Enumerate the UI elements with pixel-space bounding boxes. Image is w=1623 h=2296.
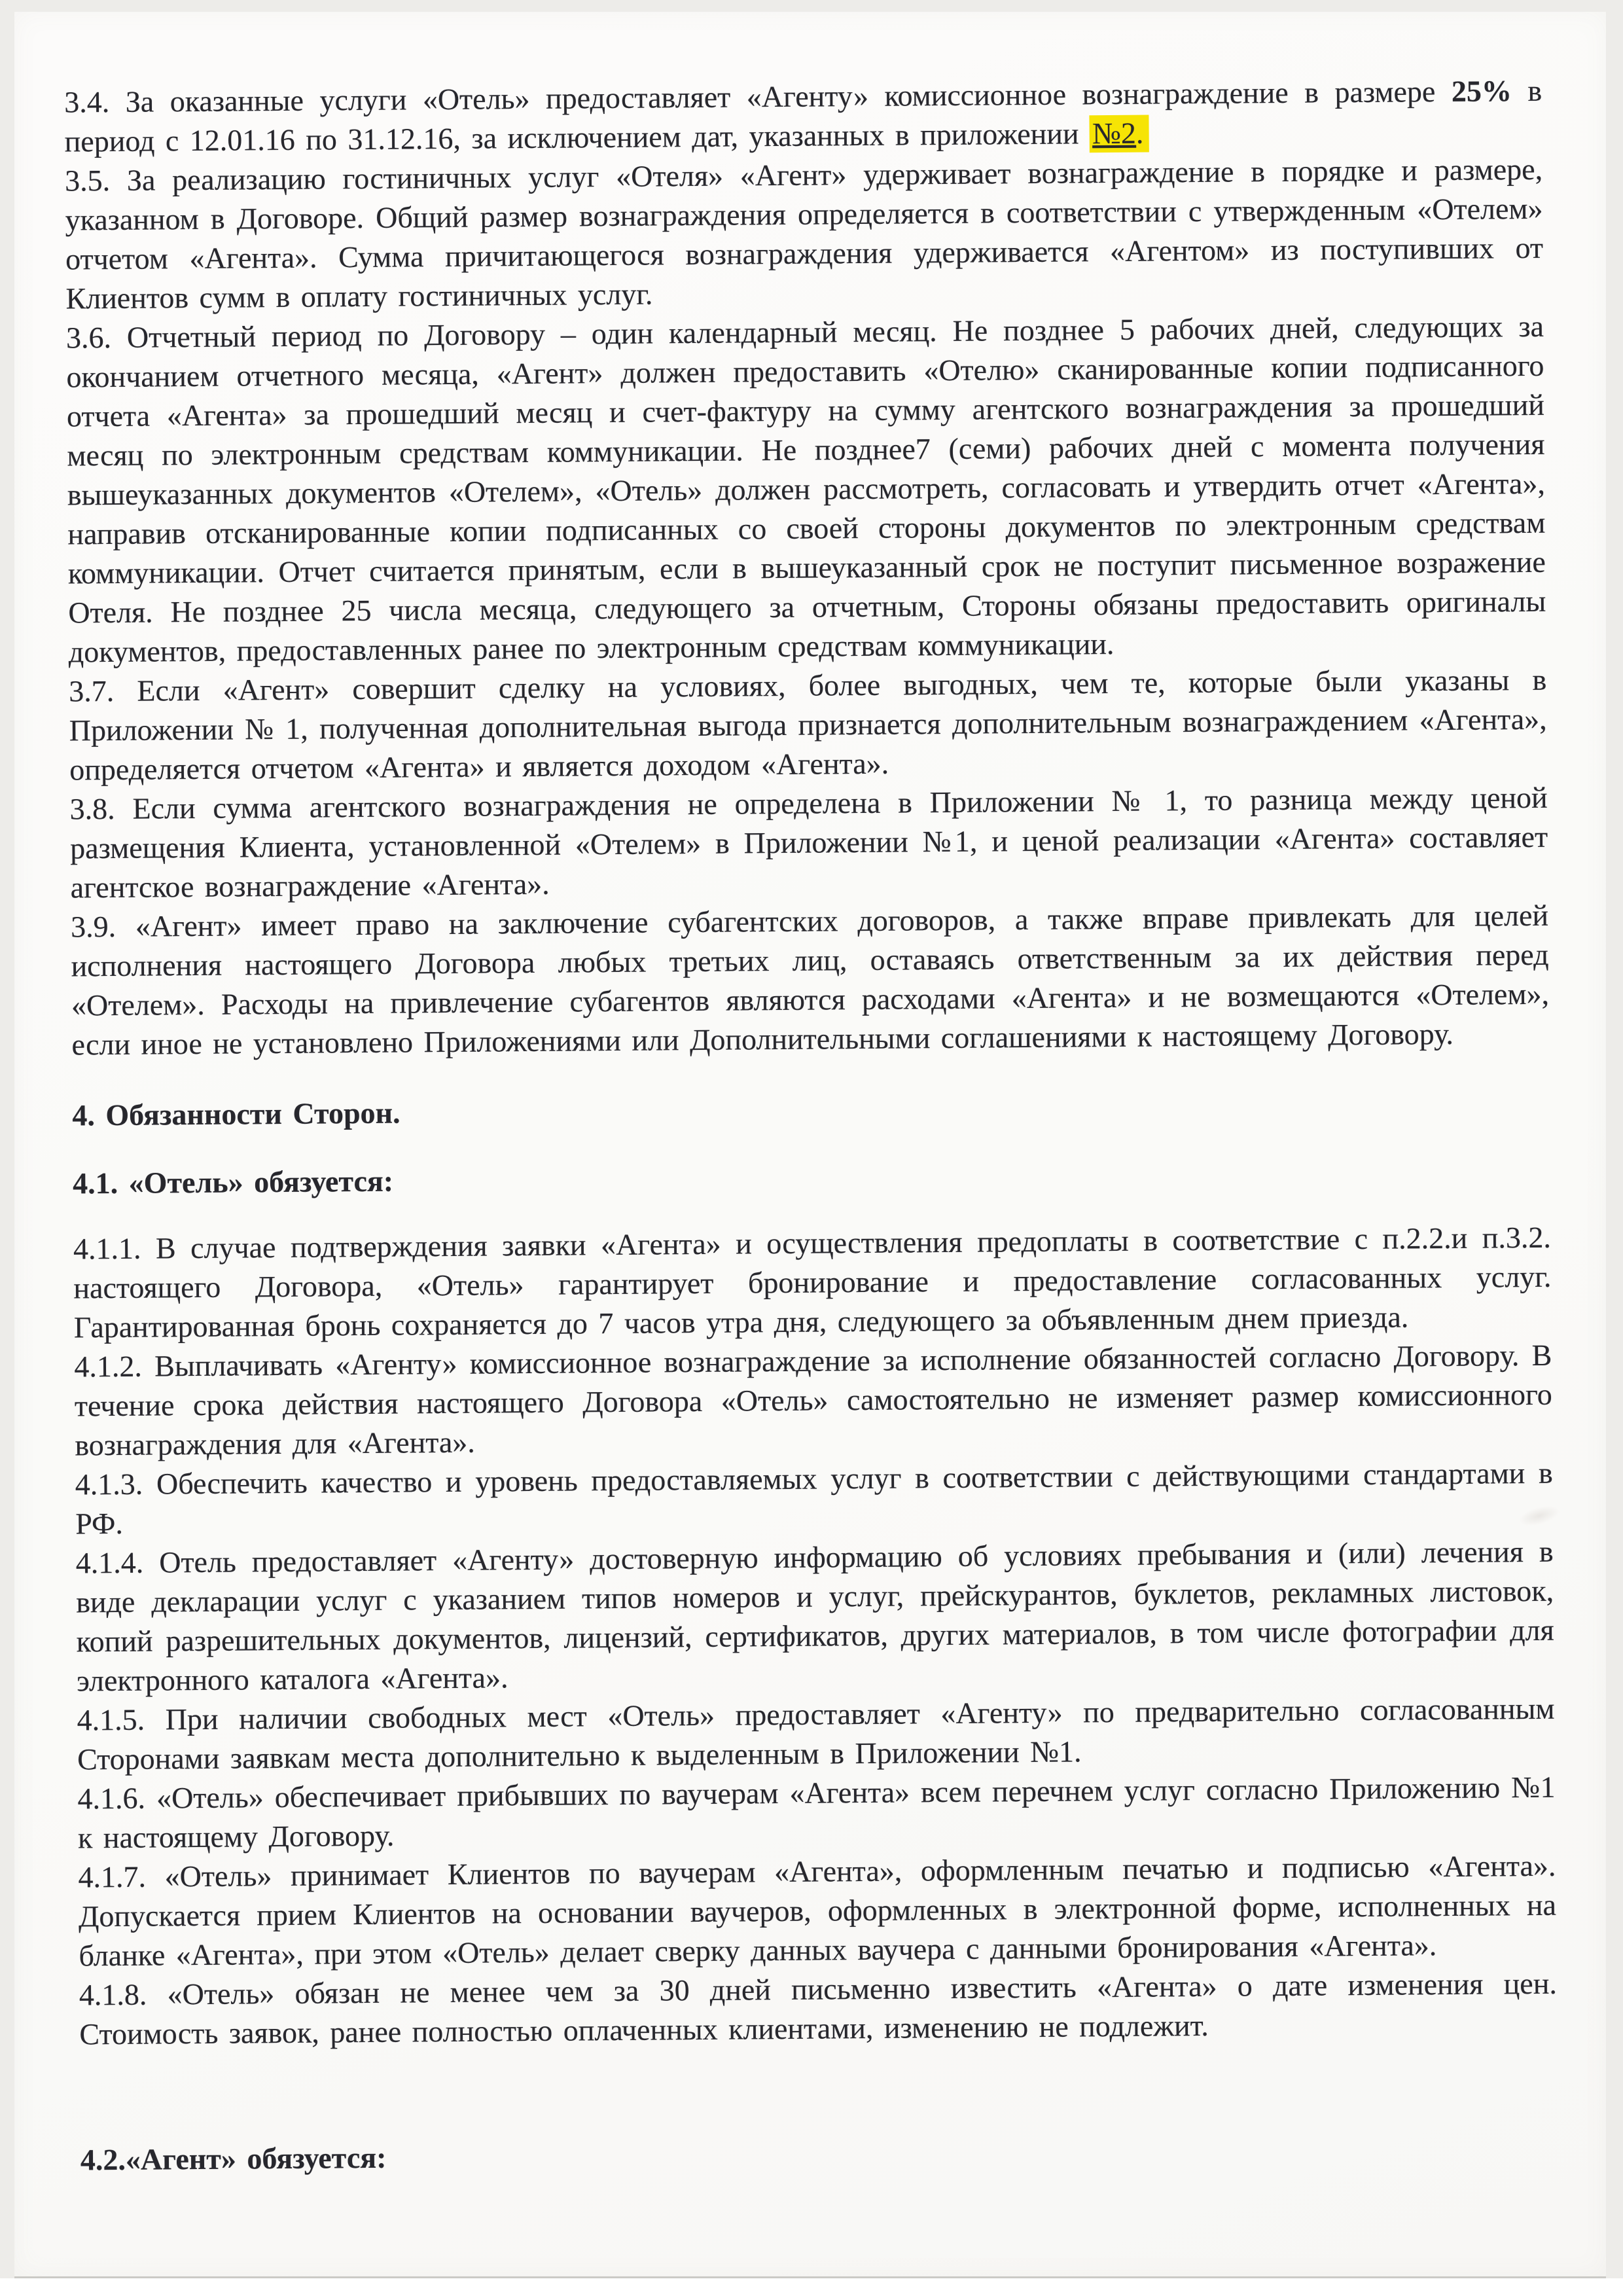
- appendix-2-highlight: №2.: [1090, 115, 1149, 153]
- clause-3-4-lead: 3.4. За оказанные услуги «Отель» предост…: [64, 75, 1452, 119]
- clause-4-1-3: 4.1.3. Обеспечить качество и уровень пре…: [75, 1454, 1554, 1544]
- clause-3-4: 3.4. За оказанные услуги «Отель» предост…: [64, 71, 1543, 162]
- clause-4-1-6: 4.1.6. «Отель» обеспечивает прибывших по…: [77, 1768, 1556, 1858]
- appendix-2-ref: №2: [1092, 117, 1136, 151]
- scan-background: 3.4. За оказанные услуги «Отель» предост…: [0, 0, 1623, 2296]
- clause-4-1-4: 4.1.4. Отель предоставляет «Агенту» дост…: [75, 1532, 1554, 1701]
- section-4-1-heading: 4.1. «Отель» обязуется:: [73, 1153, 1550, 1204]
- scan-bottom-edge: [0, 2278, 1623, 2296]
- commission-rate-value: 25%: [1452, 74, 1512, 108]
- contract-text-block: 3.4. За оказанные услуги «Отель» предост…: [64, 71, 1558, 2180]
- appendix-2-ref-period: .: [1136, 117, 1144, 150]
- clause-3-5: 3.5. За реализацию гостиничных услуг «От…: [65, 150, 1544, 319]
- clause-3-8: 3.8. Если сумма агентского вознаграждени…: [69, 778, 1548, 908]
- section-4-heading: 4. Обязанности Сторон.: [72, 1085, 1550, 1136]
- clause-4-1-1: 4.1.1. В случае подтверждения заявки «Аг…: [73, 1218, 1552, 1348]
- clause-4-1-8: 4.1.8. «Отель» обязан не менее чем за 30…: [79, 1964, 1558, 2054]
- section-4-2-heading: 4.2.«Агент» обязуется:: [80, 2129, 1558, 2180]
- clause-4-1-7: 4.1.7. «Отель» принимает Клиентов по вау…: [78, 1846, 1556, 1976]
- clause-3-9: 3.9. «Агент» имеет право на заключение с…: [71, 896, 1550, 1065]
- clause-4-1-2: 4.1.2. Выплачивать «Агенту» комиссионное…: [74, 1336, 1552, 1465]
- clause-4-1-5: 4.1.5. При наличии свободных мест «Отель…: [77, 1689, 1555, 1780]
- clause-3-6: 3.6. Отчетный период по Договору – один …: [66, 307, 1546, 672]
- document-page: 3.4. За оказанные услуги «Отель» предост…: [14, 12, 1606, 2278]
- clause-3-7: 3.7. Если «Агент» совершит сделку на усл…: [69, 660, 1547, 790]
